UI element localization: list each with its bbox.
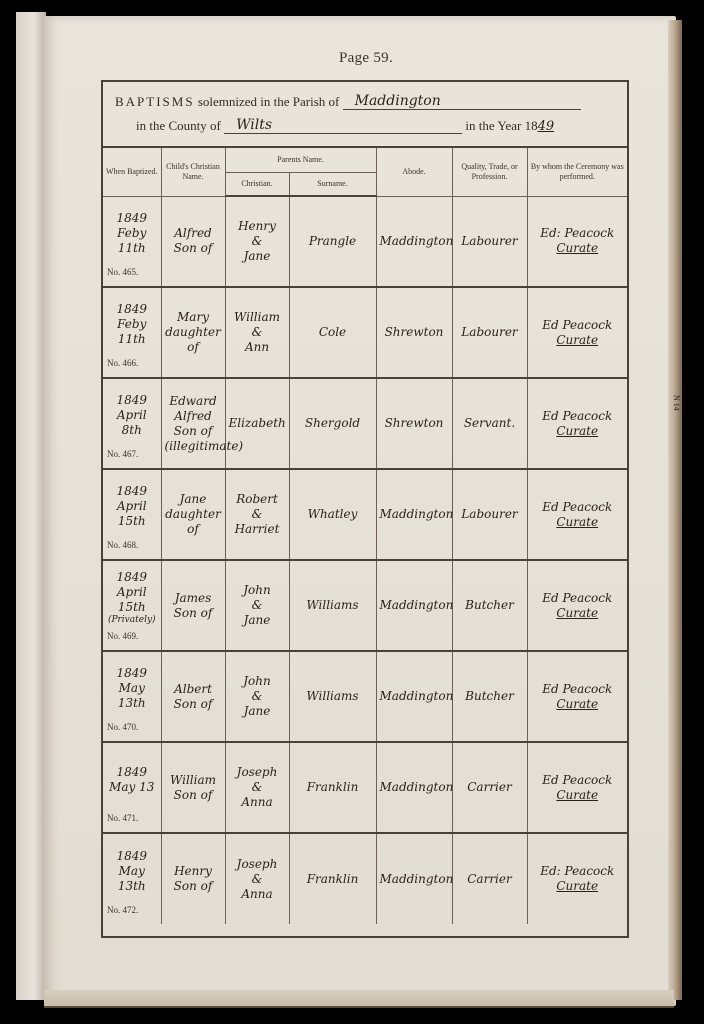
parents-line: & — [229, 325, 286, 340]
entry-number: No. 471. — [107, 811, 138, 826]
register-entry-row: 1849 May 13th No. 470. AlbertSon of John… — [103, 651, 627, 742]
minister-line: Ed: Peacock — [531, 226, 625, 241]
minister-line: Curate — [531, 697, 625, 712]
abode-cell: Maddington — [376, 560, 452, 651]
baptism-year: 1849 — [106, 484, 158, 499]
minister-cell: Ed PeacockCurate — [527, 378, 627, 469]
child-line: daughter — [165, 325, 222, 340]
parents-line: Henry — [229, 219, 286, 234]
parish-field: Maddington — [343, 95, 581, 110]
abode-cell: Shrewton — [376, 378, 452, 469]
child-line: daughter — [165, 507, 222, 522]
entry-number: No. 465. — [107, 265, 138, 280]
child-line: William — [165, 773, 222, 788]
minister-cell: Ed PeacockCurate — [527, 469, 627, 560]
child-line: Son of — [165, 424, 222, 439]
child-name-cell: JamesSon of — [161, 560, 225, 651]
baptism-register: BAPTISMS solemnized in the Parish of Mad… — [101, 80, 629, 938]
parents-line: Jane — [229, 249, 286, 264]
abode-cell: Maddington — [376, 651, 452, 742]
trade-cell: Butcher — [452, 651, 527, 742]
minister-line: Ed Peacock — [531, 682, 625, 697]
register-entry-row: 1849 May 13 No. 471. WilliamSon of Josep… — [103, 742, 627, 833]
title-baptisms: BAPTISMS — [115, 94, 195, 109]
child-name-cell: Janedaughterof — [161, 469, 225, 560]
abode-cell: Maddington — [376, 469, 452, 560]
parents-surname-cell: Shergold — [289, 378, 376, 469]
when-baptized-cell: 1849 April 8th No. 467. — [103, 378, 161, 469]
baptism-date: May 13th — [106, 681, 158, 711]
title-line-county: in the County of Wilts in the Year 1849 — [136, 118, 554, 134]
child-name-cell: WilliamSon of — [161, 742, 225, 833]
child-line: Edward — [165, 394, 222, 409]
parents-christian-cell: William&Ann — [225, 287, 289, 378]
register-entry-row: 1849 Feby 11th No. 466. Marydaughterof W… — [103, 287, 627, 378]
parents-surname-cell: Williams — [289, 560, 376, 651]
parents-christian-cell: Henry&Jane — [225, 196, 289, 287]
baptism-date: April 15th — [106, 585, 158, 615]
parents-line: Anna — [229, 887, 286, 902]
parents-christian-cell: John&Jane — [225, 651, 289, 742]
minister-line: Ed Peacock — [531, 773, 625, 788]
when-baptized-cell: 1849 May 13th No. 470. — [103, 651, 161, 742]
child-line: Albert — [165, 682, 222, 697]
trade-cell: Carrier — [452, 833, 527, 924]
parents-surname-cell: Cole — [289, 287, 376, 378]
parents-line: Jane — [229, 613, 286, 628]
child-line: Son of — [165, 788, 222, 803]
child-line: Alfred — [165, 226, 222, 241]
child-line: Mary — [165, 310, 222, 325]
trade-cell: Labourer — [452, 287, 527, 378]
trade-cell: Labourer — [452, 196, 527, 287]
parents-line: Joseph — [229, 857, 286, 872]
child-line: Alfred — [165, 409, 222, 424]
child-name-cell: HenrySon of — [161, 833, 225, 924]
baptism-date: May 13th — [106, 864, 158, 894]
child-line: of — [165, 522, 222, 537]
col-header-child: Child's Christian Name. — [161, 148, 225, 196]
parents-christian-cell: Robert&Harriet — [225, 469, 289, 560]
minister-cell: Ed PeacockCurate — [527, 560, 627, 651]
child-line: (illegitimate) — [165, 439, 222, 454]
child-name-cell: EdwardAlfredSon of(illegitimate) — [161, 378, 225, 469]
minister-cell: Ed: PeacockCurate — [527, 833, 627, 924]
minister-line: Curate — [531, 241, 625, 256]
when-baptized-cell: 1849 April 15th No. 468. — [103, 469, 161, 560]
baptism-year: 1849 — [106, 570, 158, 585]
parents-line: Joseph — [229, 765, 286, 780]
parents-surname-cell: Whatley — [289, 469, 376, 560]
parents-line: & — [229, 234, 286, 249]
col-header-parents: Parents Name. — [225, 148, 376, 173]
trade-cell: Servant. — [452, 378, 527, 469]
when-baptized-cell: 1849 Feby 11th No. 465. — [103, 196, 161, 287]
county-field: Wilts — [224, 119, 462, 134]
when-baptized-cell: 1849 Feby 11th No. 466. — [103, 287, 161, 378]
parents-christian-cell: Joseph&Anna — [225, 742, 289, 833]
register-title-block: BAPTISMS solemnized in the Parish of Mad… — [103, 82, 627, 148]
book-spine-edge — [16, 12, 46, 1000]
child-line: James — [165, 591, 222, 606]
parents-surname-cell: Franklin — [289, 742, 376, 833]
abode-cell: Shrewton — [376, 287, 452, 378]
child-line: Son of — [165, 606, 222, 621]
parents-line: John — [229, 674, 286, 689]
page-number: Page 59. — [0, 50, 704, 67]
trade-cell: Labourer — [452, 469, 527, 560]
minister-cell: Ed: PeacockCurate — [527, 196, 627, 287]
parents-line: & — [229, 598, 286, 613]
parents-line: Harriet — [229, 522, 286, 537]
col-header-minister: By whom the Ceremony was performed. — [527, 148, 627, 196]
child-line: Henry — [165, 864, 222, 879]
page-bottom-edge — [44, 990, 674, 1008]
title-line-parish: BAPTISMS solemnized in the Parish of Mad… — [115, 94, 581, 110]
minister-line: Curate — [531, 515, 625, 530]
baptism-year: 1849 — [106, 302, 158, 317]
child-line: Jane — [165, 492, 222, 507]
child-line: Son of — [165, 241, 222, 256]
parents-line: Jane — [229, 704, 286, 719]
parents-christian-cell: John&Jane — [225, 560, 289, 651]
col-header-when: When Baptized. — [103, 148, 161, 196]
register-entry-row: 1849 April 15th No. 468. Janedaughterof … — [103, 469, 627, 560]
year-label: in the Year 18 — [465, 118, 537, 133]
minister-line: Curate — [531, 424, 625, 439]
minister-line: Curate — [531, 606, 625, 621]
minister-cell: Ed PeacockCurate — [527, 287, 627, 378]
abode-cell: Maddington — [376, 833, 452, 924]
baptism-year: 1849 — [106, 393, 158, 408]
when-baptized-cell: 1849 May 13 No. 471. — [103, 742, 161, 833]
baptism-note: (Privately) — [106, 615, 158, 625]
trade-cell: Butcher — [452, 560, 527, 651]
parents-line: Ann — [229, 340, 286, 355]
entry-number: No. 467. — [107, 447, 138, 462]
entry-number: No. 472. — [107, 903, 138, 918]
col-header-parents-surname: Surname. — [289, 173, 376, 197]
baptism-date: May 13 — [106, 780, 158, 795]
baptism-year: 1849 — [106, 211, 158, 226]
minister-line: Ed: Peacock — [531, 864, 625, 879]
county-value: Wilts — [236, 117, 272, 133]
baptism-year: 1849 — [106, 666, 158, 681]
col-header-abode: Abode. — [376, 148, 452, 196]
baptism-year: 1849 — [106, 849, 158, 864]
trade-cell: Carrier — [452, 742, 527, 833]
baptism-date: April 8th — [106, 408, 158, 438]
register-table: When Baptized. Child's Christian Name. P… — [103, 148, 627, 924]
minister-line: Curate — [531, 879, 625, 894]
year-value: 49 — [538, 119, 555, 134]
child-name-cell: AlfredSon of — [161, 196, 225, 287]
parents-surname-cell: Williams — [289, 651, 376, 742]
parish-value: Maddington — [355, 93, 441, 109]
minister-line: Curate — [531, 333, 625, 348]
parents-surname-cell: Prangle — [289, 196, 376, 287]
minister-cell: Ed PeacockCurate — [527, 651, 627, 742]
parents-line: & — [229, 507, 286, 522]
child-name-cell: AlbertSon of — [161, 651, 225, 742]
minister-line: Ed Peacock — [531, 500, 625, 515]
parents-line: John — [229, 583, 286, 598]
abode-cell: Maddington — [376, 196, 452, 287]
baptism-date: Feby 11th — [106, 317, 158, 347]
col-header-trade: Quality, Trade, or Profession. — [452, 148, 527, 196]
parents-christian-cell: Elizabeth — [225, 378, 289, 469]
title-solemnized-text: solemnized in the Parish of — [198, 94, 340, 109]
minister-line: Curate — [531, 788, 625, 803]
abode-cell: Maddington — [376, 742, 452, 833]
edge-mark: N 14 — [672, 395, 681, 411]
col-header-parents-christian: Christian. — [225, 173, 289, 197]
parents-line: & — [229, 689, 286, 704]
entry-number: No. 468. — [107, 538, 138, 553]
minister-line: Ed Peacock — [531, 591, 625, 606]
entry-number: No. 466. — [107, 356, 138, 371]
register-entry-row: 1849 Feby 11th No. 465. AlfredSon of Hen… — [103, 196, 627, 287]
page-fore-edge — [668, 20, 682, 1000]
child-name-cell: Marydaughterof — [161, 287, 225, 378]
parents-line: William — [229, 310, 286, 325]
minister-line: Ed Peacock — [531, 409, 625, 424]
parents-surname-cell: Franklin — [289, 833, 376, 924]
register-entry-row: 1849 April 15th (Privately) No. 469. Jam… — [103, 560, 627, 651]
parents-line: & — [229, 872, 286, 887]
baptism-date: April 15th — [106, 499, 158, 529]
child-line: of — [165, 340, 222, 355]
parents-line: Anna — [229, 795, 286, 810]
entry-number: No. 470. — [107, 720, 138, 735]
entry-number: No. 469. — [107, 629, 138, 644]
register-entry-row: 1849 May 13th No. 472. HenrySon of Josep… — [103, 833, 627, 924]
baptism-date: Feby 11th — [106, 226, 158, 256]
parents-line: Elizabeth — [229, 416, 286, 431]
minister-line: Ed Peacock — [531, 318, 625, 333]
parents-line: Robert — [229, 492, 286, 507]
child-line: Son of — [165, 879, 222, 894]
parents-christian-cell: Joseph&Anna — [225, 833, 289, 924]
county-label: in the County of — [136, 118, 221, 133]
parents-line: & — [229, 780, 286, 795]
when-baptized-cell: 1849 May 13th No. 472. — [103, 833, 161, 924]
minister-cell: Ed PeacockCurate — [527, 742, 627, 833]
register-entry-row: 1849 April 8th No. 467. EdwardAlfredSon … — [103, 378, 627, 469]
child-line: Son of — [165, 697, 222, 712]
when-baptized-cell: 1849 April 15th (Privately) No. 469. — [103, 560, 161, 651]
baptism-year: 1849 — [106, 765, 158, 780]
